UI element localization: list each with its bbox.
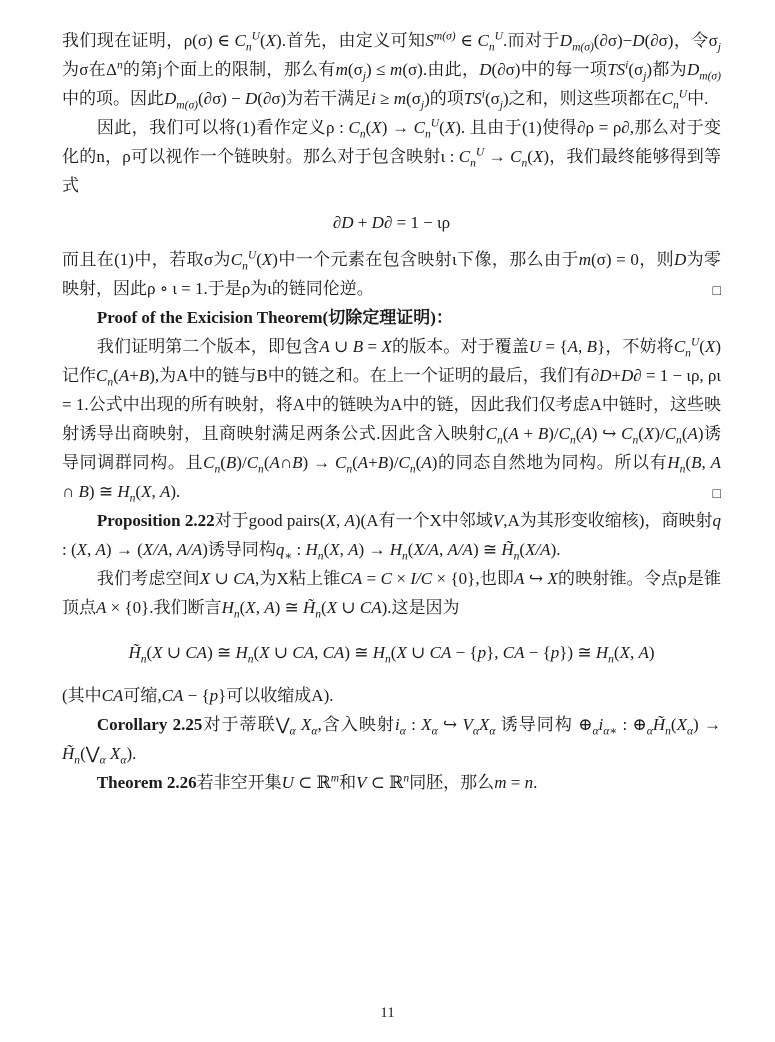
paragraph-mapping-cone: 我们考虑空间X ∪ CA,为X粘上锥CA = C × I/C × {0},也即A… [62, 564, 721, 622]
theorem-2-26: Theorem 2.26若非空开集U ⊂ ℝm和V ⊂ ℝn同胚，那么m = n… [62, 768, 721, 797]
paragraph-rho-in-cu: 我们现在证明，ρ(σ) ∈ CnU(X).首先，由定义可知Sm(σ) ∈ CnU… [62, 26, 721, 113]
paragraph-rho-chain-map: 因此，我们可以将(1)看作定义ρ : Cn(X) → CnU(X). 且由于(1… [62, 113, 721, 200]
paragraph-cone-contractible: (其中CA可缩,CA − {p}可以收缩成A). [62, 681, 721, 710]
document-page: 我们现在证明，ρ(σ) ∈ CnU(X).首先，由定义可知Sm(σ) ∈ CnU… [0, 0, 775, 1042]
qed-box: □ [713, 285, 721, 299]
qed-box: □ [678, 488, 721, 502]
theorem-label: Theorem 2.26 [97, 773, 197, 792]
equation-homology-isomorphisms: H̃n(X ∪ CA) ≅ Hn(X ∪ CA, CA) ≅ Hn(X ∪ CA… [62, 638, 721, 667]
paragraph-text: 而且在(1)中，若取σ为CnU(X)中一个元素在包含映射ι下像，那么由于m(σ)… [62, 250, 721, 298]
equation-chain-homotopy: ∂D + D∂ = 1 − ιρ [62, 208, 721, 237]
paragraph-chain-homotopy-inverse: 而且在(1)中，若取σ为CnU(X)中一个元素在包含映射ι下像，那么由于m(σ)… [62, 245, 721, 303]
paragraph-excision-proof: 我们证明第二个版本，即包含A ∪ B = X的版本。对于覆盖U = {A, B}… [62, 332, 721, 506]
proposition-2-22: Proposition 2.22对于good pairs(X, A)(A有一个X… [62, 506, 721, 564]
corollary-label: Corollary 2.25 [97, 715, 203, 734]
page-number: 11 [0, 1005, 775, 1022]
heading-excision-proof: Proof of the Exicision Theorem(切除定理证明)： [62, 303, 721, 332]
corollary-2-25: Corollary 2.25对于蒂联⋁α Xα,含入映射iα : Xα ↪ Vα… [62, 710, 721, 768]
proposition-label: Proposition 2.22 [97, 511, 215, 530]
theorem-text: 若非空开集U ⊂ ℝm和V ⊂ ℝn同胚，那么m = n. [197, 773, 538, 792]
paragraph-text: 我们证明第二个版本，即包含A ∪ B = X的版本。对于覆盖U = {A, B}… [62, 337, 721, 501]
